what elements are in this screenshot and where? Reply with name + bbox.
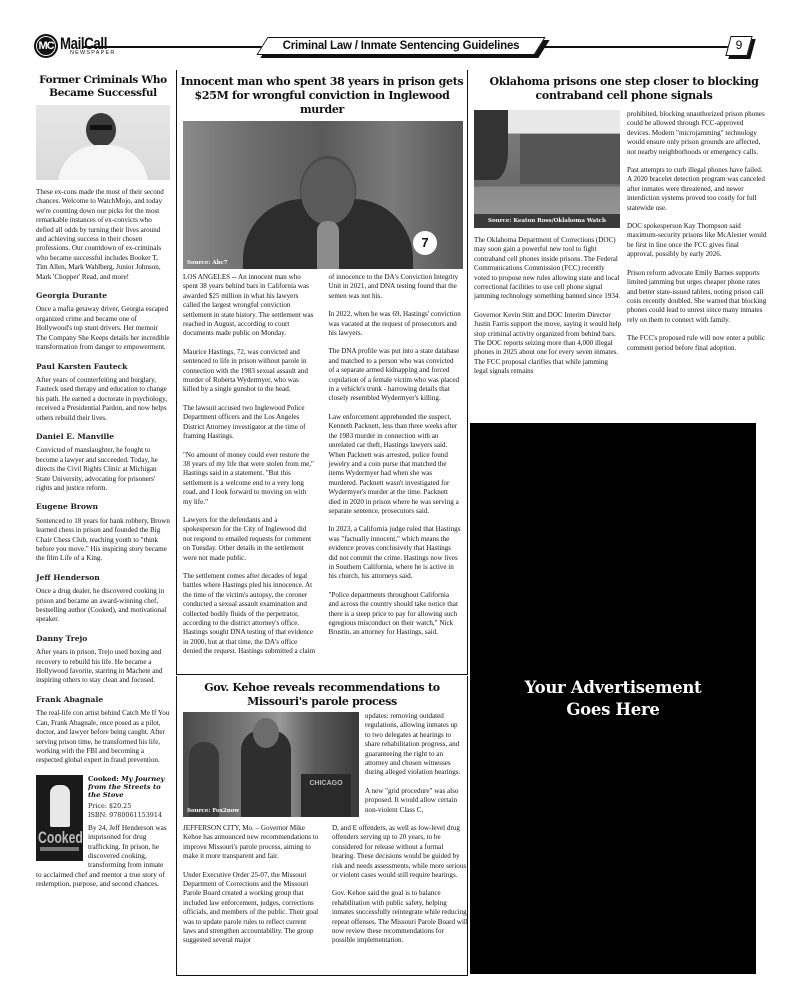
article-column-top-right: updates: removing outdated regulations, … — [365, 712, 461, 824]
page-number-tab: 9 — [728, 36, 750, 56]
article-headline: Former Criminals Who Became Successful — [36, 74, 170, 100]
logo-mark-icon: MC — [34, 34, 58, 58]
page-header: MC MailCall NEWSPAPER Criminal Law / Inm… — [0, 0, 792, 64]
book-promo: Cooked Cooked: My Journey from the Stree… — [36, 775, 170, 889]
article-column-1: JEFFERSON CITY, Mo. – Governor Mike Keho… — [183, 824, 319, 955]
profile-danny-trejo: Danny Trejo After years in prison, Trejo… — [36, 634, 170, 686]
profile-frank-abagnale: Frank Abagnale The real-life con artist … — [36, 695, 170, 766]
podium-sign: CHICAGO — [301, 774, 351, 817]
article-column-1: LOS ANGELES -- An innocent man who spent… — [183, 273, 316, 666]
page-number: 9 — [728, 38, 750, 52]
kehoe-parole-article: Gov. Kehoe reveals recommendations to Mi… — [176, 676, 468, 976]
former-criminals-article: Former Criminals Who Became Successful T… — [36, 74, 170, 889]
profile-daniel-manville: Daniel E. Manville Convicted of manslaug… — [36, 432, 170, 493]
photo-credit: Source: Fox2now — [187, 808, 239, 814]
logo-name: MailCall — [60, 35, 107, 52]
article-column-2: D, and E offenders, as well as low-level… — [332, 824, 468, 955]
innocent-man-article: Innocent man who spent 38 years in priso… — [176, 70, 468, 675]
advertisement-placeholder[interactable]: Your Advertisement Goes Here — [470, 423, 756, 974]
section-title-tab: Criminal Law / Inmate Sentencing Guideli… — [262, 37, 542, 55]
ad-line-1: Your Advertisement — [525, 677, 702, 699]
profile-eugene-brown: Eugene Brown Sentenced to 18 years for b… — [36, 502, 170, 563]
hastings-photo: 7 Source: Abc7 — [183, 121, 463, 269]
chef-photo — [36, 105, 170, 180]
kehoe-photo: CHICAGO Source: Fox2now — [183, 712, 359, 817]
oklahoma-prison-photo: Source: Keaton Ross/Oklahoma Watch — [474, 110, 620, 228]
photo-credit: Source: Keaton Ross/Oklahoma Watch — [474, 214, 620, 228]
profile-georgia-durante: Georgia Durante Once a mafia getaway dri… — [36, 291, 170, 352]
profile-paul-fauteck: Paul Karsten Fauteck After years of coun… — [36, 362, 170, 423]
article-column-1: The Oklahoma Department of Corrections (… — [474, 236, 622, 386]
article-column-2: of innocence to the DA's Conviction Inte… — [329, 273, 462, 666]
abc7-logo-icon: 7 — [413, 231, 437, 255]
ad-line-2: Goes Here — [525, 699, 702, 721]
article-headline: Oklahoma prisons one step closer to bloc… — [474, 75, 774, 103]
article-headline: Innocent man who spent 38 years in priso… — [177, 75, 467, 117]
intro-paragraph: These ex-cons made the most of their sec… — [36, 188, 170, 282]
photo-credit: Source: Abc7 — [187, 260, 228, 266]
article-headline: Gov. Kehoe reveals recommendations to Mi… — [177, 681, 467, 709]
section-title: Criminal Law / Inmate Sentencing Guideli… — [262, 38, 540, 54]
article-column-2: prohibited, blocking unauthorized prison… — [627, 110, 767, 362]
book-cover-image: Cooked — [36, 775, 83, 861]
header-rule-left — [82, 46, 268, 48]
profile-jeff-henderson: Jeff Henderson Once a drug dealer, he di… — [36, 573, 170, 625]
oklahoma-jamming-article: Oklahoma prisons one step closer to bloc… — [474, 70, 792, 107]
header-rule-right — [532, 46, 732, 48]
